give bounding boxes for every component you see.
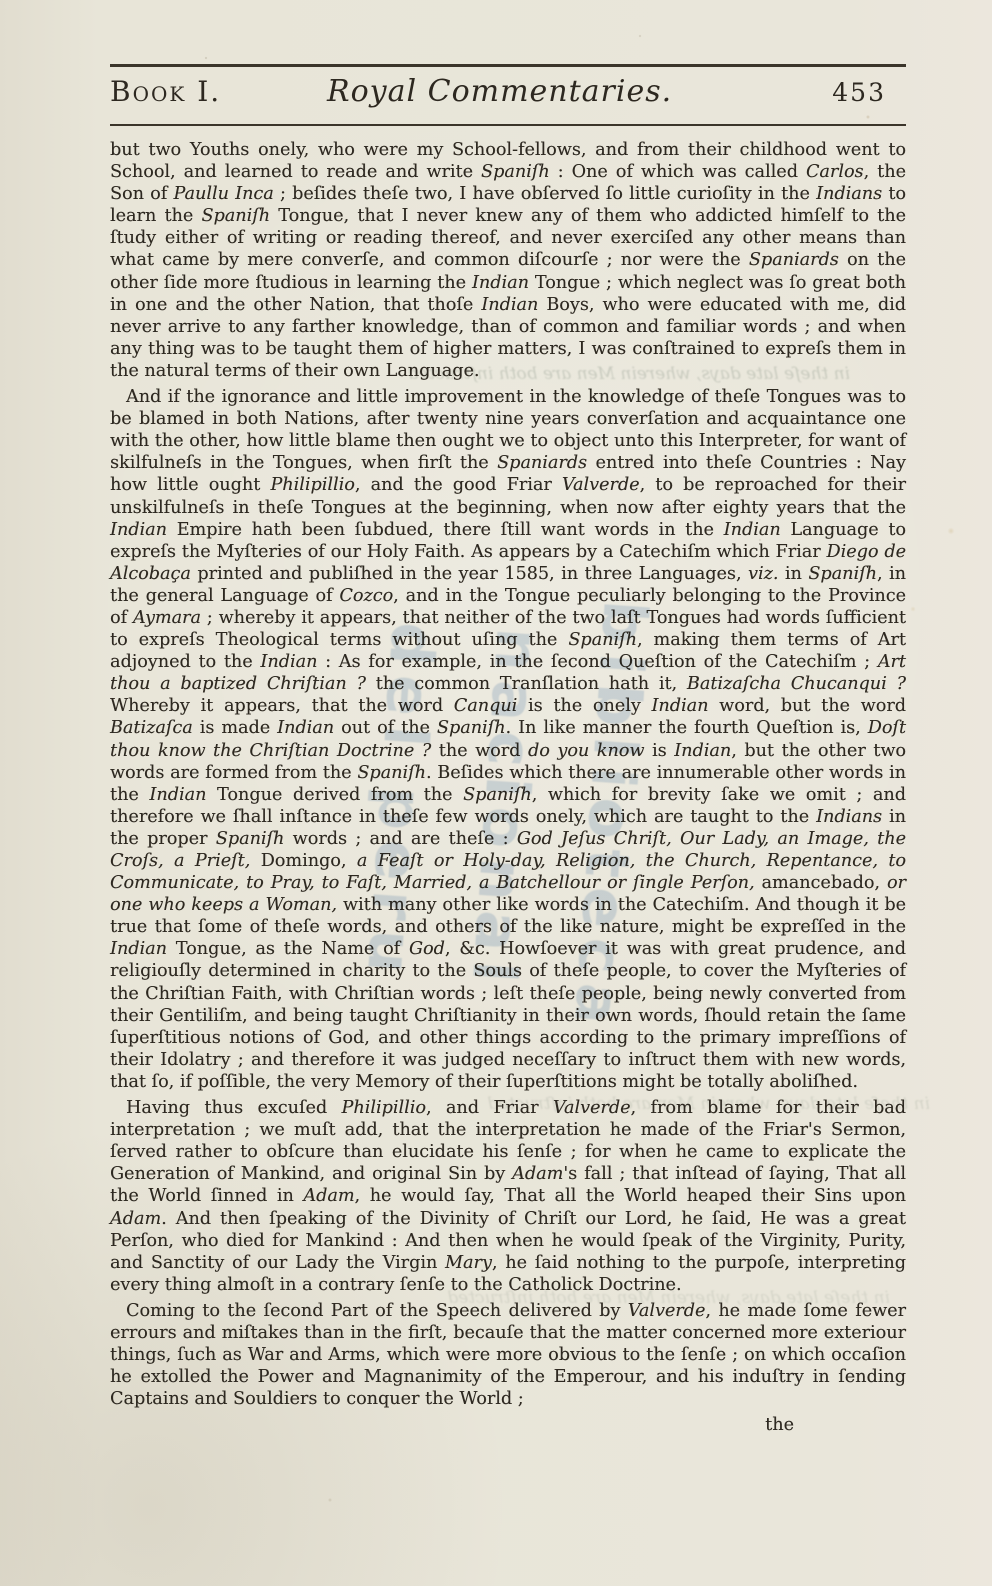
italic-text-run: Indians — [816, 184, 882, 204]
book-label: Book I. — [110, 75, 315, 108]
italic-text-run: Indian — [149, 785, 206, 805]
italic-text-run: Spaniſh — [357, 763, 426, 783]
italic-text-run: Adam — [512, 1164, 563, 1184]
text-run: Whereby it appears, that the word — [110, 696, 454, 716]
text-run: the word — [431, 741, 528, 761]
text-run: the common Tranſlation hath it, — [366, 674, 687, 694]
italic-text-run: Batizaſcha Chucanqui ? — [687, 674, 906, 694]
text-run: Tongue, as the Name of — [167, 939, 409, 959]
text-run: in — [778, 564, 808, 584]
italic-text-run: Adam — [110, 1209, 161, 1229]
italic-text-run: Spaniards — [497, 453, 587, 473]
text-run: , &c. Howſoever it was with great pruden… — [110, 939, 906, 1092]
italic-text-run: Spaniſh — [568, 630, 637, 650]
italic-text-run: Indian — [472, 273, 529, 293]
italic-text-run: Mary — [445, 1253, 492, 1273]
book-page-scan: Book I. Royal Commentaries. 453 in theſe… — [0, 0, 992, 1586]
italic-text-run: viz. — [748, 564, 778, 584]
text-run: , and the good Friar — [355, 475, 562, 495]
text-run: amancebado, — [755, 873, 887, 893]
running-head: Book I. Royal Commentaries. 453 — [110, 74, 906, 122]
text-run: Having thus excuſed — [126, 1098, 342, 1118]
text-run: is — [644, 741, 674, 761]
text-run: , he would ſay, That all the World heape… — [355, 1186, 906, 1206]
text-run: Tongue derived from the — [206, 785, 463, 805]
italic-text-run: Valverde — [628, 1301, 706, 1321]
text-run: : One of which was called — [550, 162, 806, 182]
text-run: is the onely — [517, 696, 651, 716]
italic-text-run: Indian — [277, 718, 334, 738]
italic-text-run: Spaniards — [749, 250, 839, 270]
paragraph: Having thus excuſed Philipillio, and Fri… — [110, 1097, 906, 1296]
italic-text-run: Indians — [816, 807, 882, 827]
italic-text-run: Spaniſh — [437, 718, 506, 738]
italic-text-run: Aymara — [133, 608, 201, 628]
italic-text-run: Batizaſca — [110, 718, 193, 738]
italic-text-run: Valverde — [562, 475, 640, 495]
italic-text-run: Spaniſh — [463, 785, 532, 805]
italic-text-run: Spaniſh — [808, 564, 877, 584]
italic-text-run: Indian — [110, 939, 167, 959]
text-run: ; beſides theſe two, I have obſerved ſo … — [274, 184, 816, 204]
paragraph: And if the ignorance and little improvem… — [110, 386, 906, 1093]
italic-text-run: Indian — [110, 520, 167, 540]
italic-text-run: Indian — [481, 295, 538, 315]
head-rule-bottom — [110, 124, 906, 126]
text-run: : As for example, in the ſecond Queſtion… — [317, 652, 877, 672]
italic-text-run: Indian — [724, 520, 781, 540]
italic-text-run: do you know — [528, 741, 644, 761]
italic-text-run: Spaniſh — [481, 162, 550, 182]
running-title: Royal Commentaries. — [327, 74, 672, 109]
text-block: but two Youths onely, who were my School… — [110, 139, 906, 1436]
head-rule-top — [110, 64, 906, 67]
italic-text-run: God — [409, 939, 445, 959]
text-run: Coming to the ſecond Part of the Speech … — [126, 1301, 628, 1321]
text-run: . In like manner the fourth Queſtion is, — [506, 718, 868, 738]
italic-text-run: Cozco — [339, 586, 393, 606]
text-run: is made — [193, 718, 277, 738]
italic-text-run: Indian — [260, 652, 317, 672]
italic-text-run: Spaniſh — [216, 829, 285, 849]
text-run: printed and publiſhed in the year 1585, … — [191, 564, 748, 584]
text-run: , and Friar — [426, 1098, 553, 1118]
text-run: Empire hath been ſubdued, there ſtill wa… — [167, 520, 724, 540]
italic-text-run: Philipillio — [342, 1098, 426, 1118]
italic-text-run: Spaniſh — [201, 206, 270, 226]
italic-text-run: Canqui — [454, 696, 518, 716]
page-number: 453 — [832, 78, 906, 107]
italic-text-run: Valverde — [553, 1098, 631, 1118]
text-run: words ; and are theſe : — [284, 829, 516, 849]
italic-text-run: Adam — [303, 1186, 354, 1206]
paragraph: Coming to the ſecond Part of the Speech … — [110, 1300, 906, 1410]
paragraph: but two Youths onely, who were my School… — [110, 139, 906, 382]
catchword: the — [110, 1414, 906, 1436]
italic-text-run: Paullu Inca — [173, 184, 273, 204]
paragraph-container: but two Youths onely, who were my School… — [110, 139, 906, 1410]
italic-text-run: Indian — [674, 741, 731, 761]
text-run: word, but the word — [708, 696, 906, 716]
italic-text-run: Carlos — [806, 162, 864, 182]
italic-text-run: Philipillio — [270, 475, 354, 495]
text-run: Domingo, — [250, 851, 357, 871]
italic-text-run: Indian — [651, 696, 708, 716]
text-run: out of the — [334, 718, 437, 738]
